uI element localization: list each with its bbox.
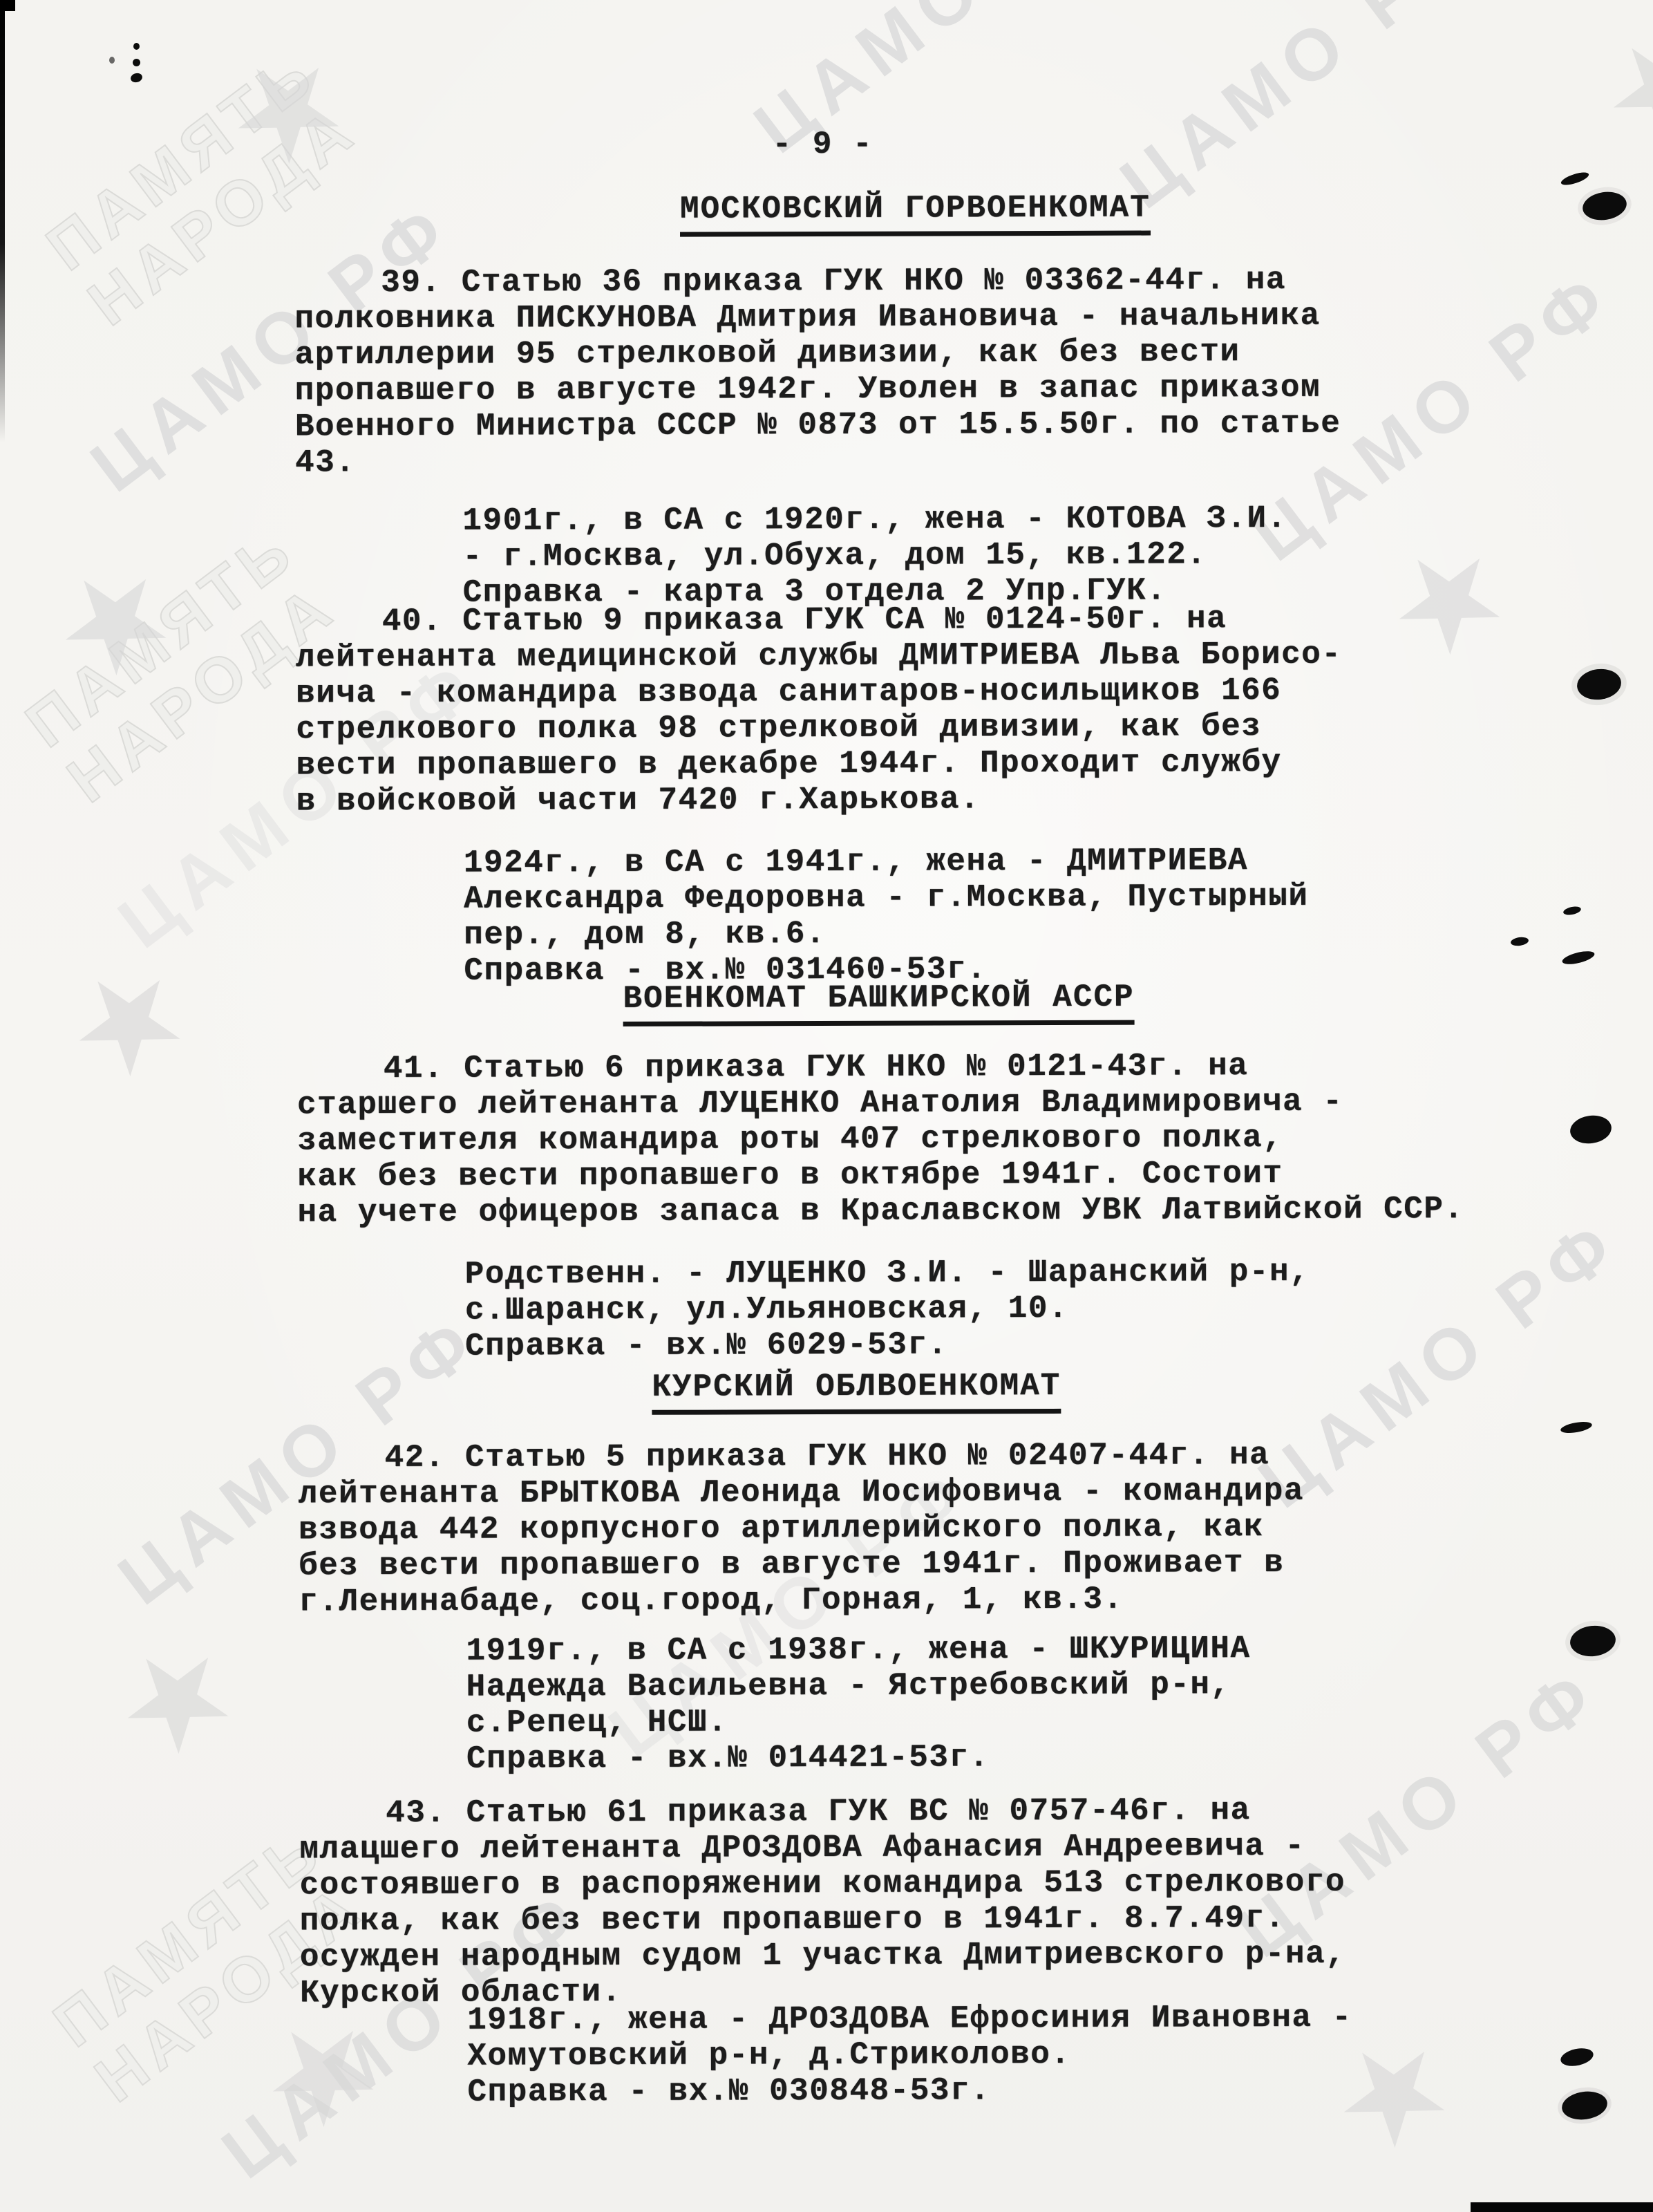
entry-40-paragraph: 40. Статью 9 приказа ГУК СА № 0124-50г. … xyxy=(296,600,1582,820)
scan-edge-artifact xyxy=(0,0,15,11)
pencil-mark xyxy=(133,43,140,50)
entry-42-details: 1919г., в СА с 1938г., жена - ШКУРИЦИНА … xyxy=(466,1629,1600,1777)
entry-41-paragraph: 41. Статью 6 приказа ГУК НКО № 0121-43г.… xyxy=(297,1047,1583,1231)
entry-41-details: Родственн. - ЛУЦЕНКО З.И. - Шаранский р-… xyxy=(465,1253,1598,1364)
entry-43-paragraph: 43. Статью 61 приказа ГУК ВС № 0757-46г.… xyxy=(299,1792,1585,2012)
section-heading-kursk: КУРСКИЙ ОБЛВОЕНКОМАТ xyxy=(652,1368,1061,1415)
section-heading-moscow: МОСКОВСКИЙ ГОРВОЕНКОМАТ xyxy=(680,190,1151,237)
entry-42-paragraph: 42. Статью 5 приказа ГУК НКО № 02407-44г… xyxy=(299,1436,1585,1620)
pencil-mark xyxy=(109,57,115,64)
pencil-mark xyxy=(133,59,140,66)
entry-39-paragraph: 39. Статью 36 приказа ГУК НКО № 03362-44… xyxy=(294,261,1580,481)
section-heading-bashkir: ВОЕНКОМАТ БАШКИРСКОЙ АССР xyxy=(623,980,1134,1027)
entry-40-details: 1924г., в СА с 1941г., жена - ДМИТРИЕВА … xyxy=(464,841,1598,988)
entry-39-details: 1901г., в СА с 1920г., жена - КОТОВА З.И… xyxy=(462,499,1596,610)
scan-edge-artifact xyxy=(0,0,5,442)
document-body: - 9 - МОСКОВСКИЙ ГОРВОЕНКОМАТ 39. Статью… xyxy=(0,0,1653,2212)
entry-43-details: 1918г., жена - ДРОЗДОВА Ефросиния Иванов… xyxy=(467,1998,1600,2110)
scan-edge-artifact xyxy=(1471,2202,1653,2212)
page-number: - 9 - xyxy=(773,126,873,162)
scanned-document-page: ЦАМО РФ ЦАМО РФ ЦАМО РФ ЦАМО РФ ЦАМО РФ … xyxy=(0,0,1653,2212)
